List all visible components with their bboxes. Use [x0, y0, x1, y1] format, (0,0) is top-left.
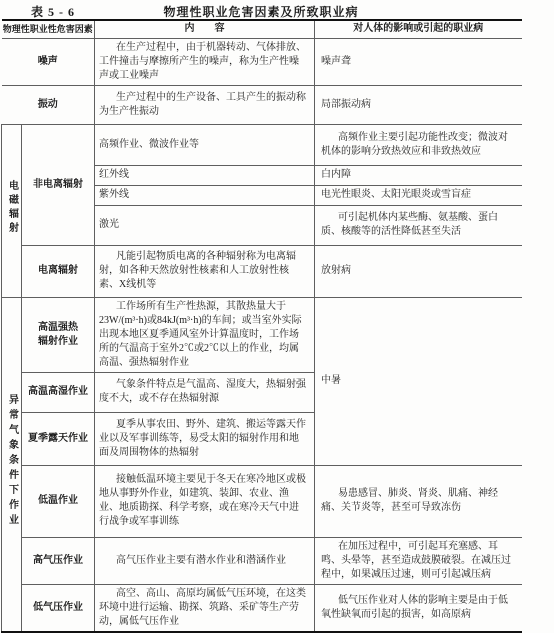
non-ionizing-label: 非电离辐射 — [22, 124, 95, 245]
low-temp-effect: 易患感冒、肺炎、肾炎、肌痛、神经痛、关节炎等，甚至可导致冻伤 — [315, 465, 522, 537]
group-abnormal-weather: 异常气象条件下作业 — [2, 297, 22, 632]
em-group-label: 电磁辐射 — [5, 180, 19, 236]
high-pressure-content: 高气压作业主要有潜水作业和潜涵作业 — [95, 537, 315, 584]
summer-content: 夏季从事农田、野外、建筑、搬运等露天作业以及军事训练等，易受太阳的辐射作用和地面… — [95, 412, 315, 465]
table-title-row: 表 5 - 6 物理性职业危害因素及所致职业病 — [1, 2, 521, 19]
ultraviolet-content: 紫外线 — [95, 185, 315, 205]
vibration-content: 生产过程中的生产设备、工具产生的振动称为生产性振动 — [95, 85, 315, 124]
noise-content: 在生产过程中，由于机器转动、气体排放、工件撞击与摩擦所产生的噪声，称为生产性噪声… — [95, 38, 315, 85]
ultraviolet-effect: 电光性眼炎、太阳光眼炎或雪盲症 — [315, 185, 522, 205]
high-pressure-effect: 在加压过程中，可引起耳充塞感、耳鸣、头晕等，甚至造成鼓膜破裂。在减压过程中，如果… — [315, 537, 522, 584]
low-pressure-effect: 低气压作业对人体的影响主要是由于低氧性缺氧而引起的损害，如高原病 — [315, 584, 522, 632]
row-low-pressure: 低气压作业 高空、高山、高原均属低气压环境，在这类环境中进行运输、勘探、筑路、采… — [2, 584, 522, 632]
heat-stroke-effect: 中暑 — [315, 297, 522, 465]
hf-content: 高频作业、微波作业等 — [95, 124, 315, 165]
laser-effect: 可引起机体内某些酶、氨基酸、蛋白质、核酸等的活性降低甚至失活 — [315, 205, 522, 245]
group-em-radiation: 电磁辐射 — [2, 124, 22, 297]
laser-content: 激光 — [95, 205, 315, 245]
document-page: 表 5 - 6 物理性职业危害因素及所致职业病 物理性职业性危害因素 内 容 对… — [0, 0, 554, 633]
low-pressure-label: 低气压作业 — [22, 584, 95, 632]
header-row: 物理性职业性危害因素 内 容 对人体的影响或引起的职业病 — [2, 20, 522, 38]
humid-content: 气象条件特点是气温高、湿度大，热辐射强度不大，或不存在热辐射源 — [95, 372, 315, 412]
header-factor-col: 物理性职业性危害因素 — [2, 20, 95, 38]
weather-group-label: 异常气象条件下作业 — [5, 394, 19, 529]
vibration-label: 振动 — [2, 85, 95, 124]
header-effect-col: 对人体的影响或引起的职业病 — [315, 20, 522, 38]
infrared-content: 红外线 — [95, 165, 315, 185]
header-content-col: 内 容 — [95, 20, 315, 38]
low-temp-label: 低温作业 — [22, 465, 95, 537]
low-pressure-content: 高空、高山、高原均属低气压环境，在这类环境中进行运输、勘探、筑路、采矿等生产劳动… — [95, 584, 315, 632]
row-noise: 噪声 在生产过程中，由于机器转动、气体排放、工件撞击与摩擦所产生的噪声，称为生产… — [2, 38, 522, 85]
high-heat-content: 工作场所有生产性热源，其散热量大于23W/(m³·h)或84kJ(m³·h)的车… — [95, 297, 315, 372]
summer-label: 夏季露天作业 — [22, 412, 95, 465]
ionizing-label: 电离辐射 — [22, 245, 95, 297]
infrared-effect: 白内障 — [315, 165, 522, 185]
noise-label: 噪声 — [2, 38, 95, 85]
high-heat-label: 高温强热辐射作业 — [22, 297, 95, 372]
row-high-heat-radiation: 异常气象条件下作业 高温强热辐射作业 工作场所有生产性热源，其散热量大于23W/… — [2, 297, 522, 372]
hazards-table: 物理性职业性危害因素 内 容 对人体的影响或引起的职业病 噪声 在生产过程中，由… — [1, 19, 522, 633]
noise-effect: 噪声聋 — [315, 38, 522, 85]
high-pressure-label: 高气压作业 — [22, 537, 95, 584]
row-ionizing: 电离辐射 凡能引起物质电离的各种辐射称为电离辐射，如各种天然放射性核素和人工放射… — [2, 245, 522, 297]
vibration-effect: 局部振动病 — [315, 85, 522, 124]
table-caption: 物理性职业危害因素及所致职业病 — [1, 3, 521, 20]
ionizing-effect: 放射病 — [315, 245, 522, 297]
row-low-temp: 低温作业 接触低温环境主要见于冬天在寒冷地区或极地从事野外作业，如建筑、装卸、农… — [2, 465, 522, 537]
row-hf-microwave: 电磁辐射 非电离辐射 高频作业、微波作业等 高频作业主要引起功能性改变；微波对机… — [2, 124, 522, 165]
low-temp-content: 接触低温环境主要见于冬天在寒冷地区或极地从事野外作业，如建筑、装卸、农业、渔业、… — [95, 465, 315, 537]
ionizing-content: 凡能引起物质电离的各种辐射称为电离辐射，如各种天然放射性核素和人工放射性核素、X… — [95, 245, 315, 297]
hf-effect: 高频作业主要引起功能性改变；微波对机体的影响分致热效应和非致热效应 — [315, 124, 522, 165]
row-vibration: 振动 生产过程中的生产设备、工具产生的振动称为生产性振动 局部振动病 — [2, 85, 522, 124]
row-high-pressure: 高气压作业 高气压作业主要有潜水作业和潜涵作业 在加压过程中，可引起耳充塞感、耳… — [2, 537, 522, 584]
humid-label: 高温高湿作业 — [22, 372, 95, 412]
